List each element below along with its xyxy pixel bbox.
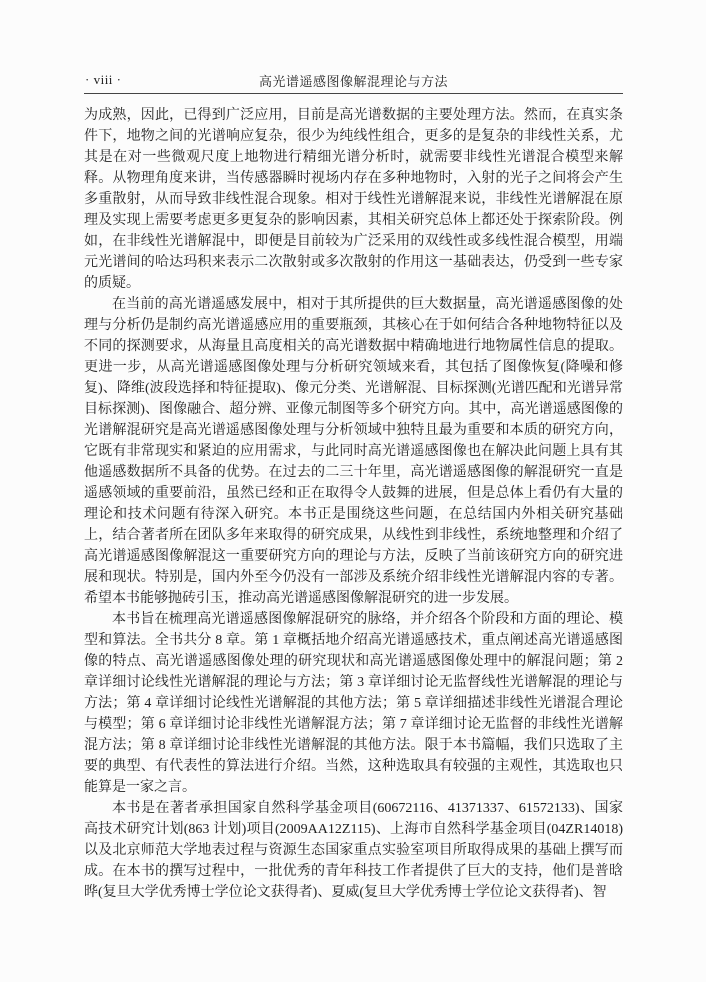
paragraph: 本书旨在梳理高光谱遥感图像解混研究的脉络，并介绍各个阶段和方面的理论、模型和算法… xyxy=(84,609,623,798)
paragraph: 在当前的高光谱遥感发展中，相对于其所提供的巨大数据量，高光谱遥感图像的处理与分析… xyxy=(84,294,623,609)
running-head-title: 高光谱遥感图像解混理论与方法 xyxy=(84,71,623,90)
book-page: · viii · 高光谱遥感图像解混理论与方法 为成熟，因此，已得到广泛应用，目… xyxy=(0,0,706,982)
paragraph-continuation: 为成熟，因此，已得到广泛应用，目前是高光谱数据的主要处理方法。然而，在真实条件下… xyxy=(84,105,623,294)
page-body: 为成熟，因此，已得到广泛应用，目前是高光谱数据的主要处理方法。然而，在真实条件下… xyxy=(84,105,623,903)
page-header: · viii · 高光谱遥感图像解混理论与方法 xyxy=(84,66,623,94)
paragraph: 本书是在著者承担国家自然科学基金项目(60672116、41371337、615… xyxy=(84,798,623,903)
header-rule xyxy=(84,93,623,94)
